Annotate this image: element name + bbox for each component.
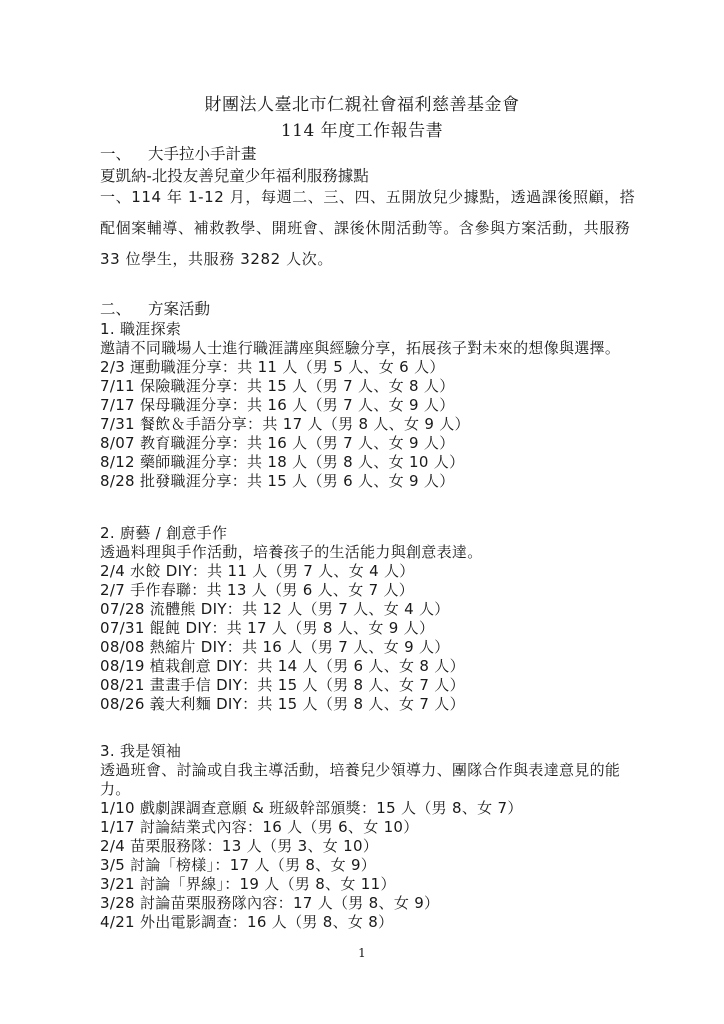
section1-subheading: 夏凱納-北投友善兒童少年福利服務據點 (100, 164, 369, 186)
list-item: 08/21 畫畫手信 DIY：共 15 人（男 8 人、女 7 人） (100, 674, 465, 695)
list-item: 2/4 水餃 DIY：共 11 人（男 7 人、女 4 人） (100, 560, 415, 581)
list-item: 08/19 植栽創意 DIY：共 14 人（男 6 人、女 8 人） (100, 655, 465, 676)
section1-number: 一、 (100, 142, 148, 164)
page-number: 1 (0, 946, 724, 960)
program-title: 1. 職涯探索 (100, 318, 181, 339)
list-item: 3/5 討論「榜樣」：17 人（男 8、女 9） (100, 854, 376, 875)
section1-heading-text: 大手拉小手計畫 (148, 145, 257, 163)
list-item: 8/12 藥師職涯分享：共 18 人（男 8 人、女 10 人） (100, 451, 464, 472)
list-item: 1/17 討論結業式內容：16 人（男 6、女 10） (100, 816, 419, 837)
program-title: 2. 廚藝 / 創意手作 (100, 522, 227, 543)
section1-paragraph-line: 一、114 年 1-12 月，每週二、三、四、五開放兒少據點，透過課後照顧，搭 (100, 186, 635, 207)
list-item: 8/28 批發職涯分享：共 15 人（男 6 人、女 9 人） (100, 470, 455, 491)
list-item: 7/11 保險職涯分享：共 15 人（男 7 人、女 8 人） (100, 375, 455, 396)
list-item: 07/31 餛飩 DIY：共 17 人（男 8 人、女 9 人） (100, 617, 434, 638)
program-description: 力。 (100, 778, 131, 799)
list-item: 07/28 流體熊 DIY：共 12 人（男 7 人、女 4 人） (100, 598, 450, 619)
section1-paragraph-line: 33 位學生，共服務 3282 人次。 (100, 248, 333, 269)
program-title: 3. 我是領袖 (100, 740, 181, 761)
section2-heading-text: 方案活動 (148, 300, 210, 318)
section2-heading: 二、方案活動 (100, 297, 210, 319)
list-item: 3/28 討論苗栗服務隊內容：17 人（男 8、女 9） (100, 892, 439, 913)
document-title-report: 114 年度工作報告書 (0, 116, 724, 141)
program-description: 邀請不同職場人士進行職涯講座與經驗分享，拓展孩子對未來的想像與選擇。 (100, 337, 620, 358)
list-item: 08/08 熱縮片 DIY：共 16 人（男 7 人、女 9 人） (100, 636, 450, 657)
list-item: 7/31 餐飲＆手語分享：共 17 人（男 8 人、女 9 人） (100, 413, 470, 434)
document-title-organization: 財團法人臺北市仁親社會福利慈善基金會 (0, 90, 724, 115)
section1-paragraph-line: 配個案輔導、補救教學、開班會、課後休閒活動等。含參與方案活動，共服務 (100, 217, 630, 238)
list-item: 2/4 苗栗服務隊：13 人（男 3、女 10） (100, 835, 378, 856)
list-item: 2/7 手作春聯：共 13 人（男 6 人、女 7 人） (100, 579, 414, 600)
list-item: 08/26 義大利麵 DIY：共 15 人（男 8 人、女 7 人） (100, 693, 465, 714)
list-item: 2/3 運動職涯分享：共 11 人（男 5 人、女 6 人） (100, 356, 445, 377)
list-item: 1/10 戲劇課調查意願 & 班級幹部頒獎：15 人（男 8、女 7） (100, 797, 523, 818)
document-page: 財團法人臺北市仁親社會福利慈善基金會 114 年度工作報告書 一、大手拉小手計畫… (0, 0, 724, 1024)
program-description: 透過班會、討論或自我主導活動，培養兒少領導力、團隊合作與表達意見的能 (100, 759, 620, 780)
program-description: 透過料理與手作活動，培養孩子的生活能力與創意表達。 (100, 541, 483, 562)
section1-heading: 一、大手拉小手計畫 (100, 142, 257, 164)
list-item: 7/17 保母職涯分享：共 16 人（男 7 人、女 9 人） (100, 394, 455, 415)
list-item: 4/21 外出電影調查：16 人（男 8、女 8） (100, 911, 393, 932)
list-item: 3/21 討論「界線」：19 人（男 8、女 11） (100, 873, 396, 894)
section2-number: 二、 (100, 297, 148, 319)
list-item: 8/07 教育職涯分享：共 16 人（男 7 人、女 9 人） (100, 432, 455, 453)
